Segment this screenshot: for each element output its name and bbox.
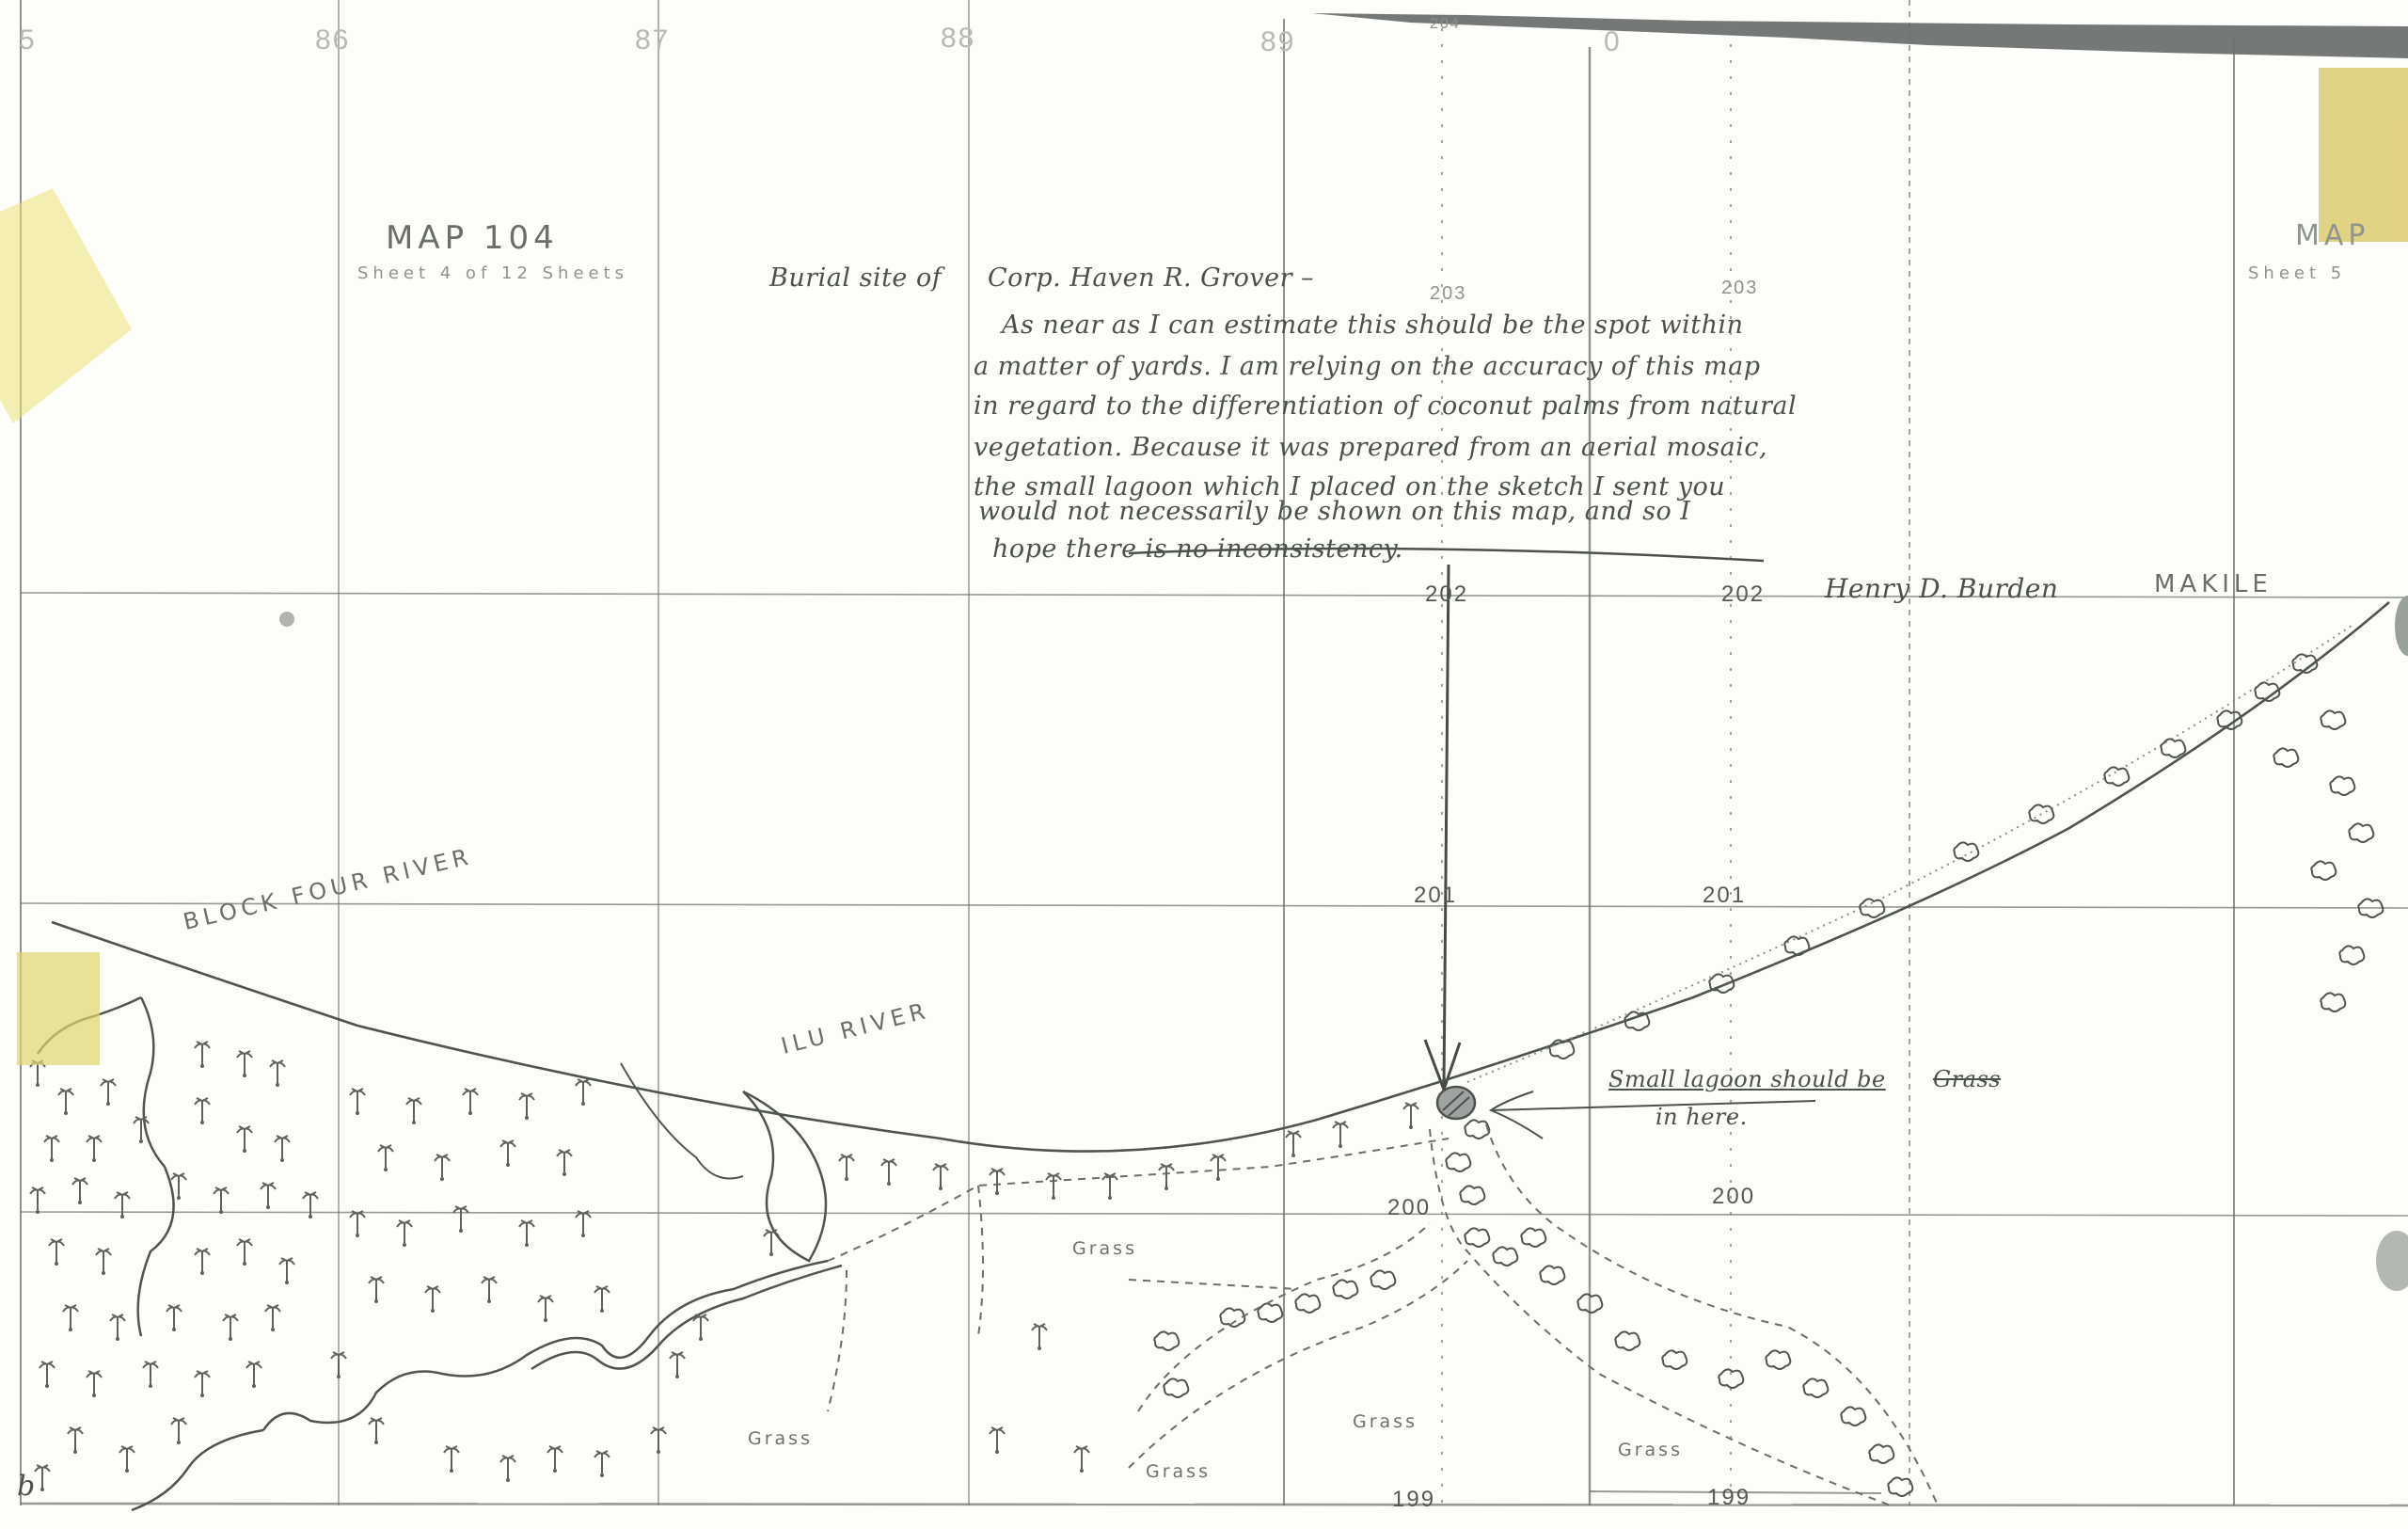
vegetation-boundaries [828,1139,1449,1411]
grid-horizontal-lines [21,593,2408,1505]
grid-label-top: 87 [635,26,670,55]
map-drawing-layer [0,0,2408,1529]
grid-label-203: 203 [1721,279,1758,297]
note-line: a matter of yards. I am relying on the a… [974,354,1760,379]
burial-pointer-arrow [1425,565,1460,1090]
corner-mark: b [17,1473,36,1501]
note-heading-prefix: Burial site of [769,265,942,291]
adjacent-map-title: MAP [2295,222,2370,250]
adjacent-sheet-info: Sheet 5 [2248,265,2346,282]
map-title: MAP 104 [386,222,559,254]
tape-top-right [2319,68,2408,242]
grid-label-203: 203 [1430,284,1466,303]
grid-label-200: 200 [1387,1197,1431,1219]
lagoon-annotation-line2: in here. [1655,1106,1748,1128]
grid-label-199: 199 [1707,1487,1751,1509]
label-makile: MAKILE [2154,572,2273,597]
grid-label-201: 201 [1703,884,1746,907]
scan-blemish [2395,596,2408,656]
note-line: hope there is no inconsistency. [992,536,1403,562]
small-lagoon-marker [1437,1087,1475,1119]
lagoon-annotation-line1: Small lagoon should be [1608,1068,1886,1091]
grid-label-202: 202 [1721,583,1765,606]
grid-label-202: 202 [1425,583,1468,606]
lagoon-annotation-struck: Grass [1933,1068,2001,1091]
grid-vertical-lines [21,0,2234,1505]
note-line: the small lagoon which I placed on the s… [974,474,1725,500]
label-grass: Grass [1146,1463,1211,1481]
scanned-map-sheet: 5 86 87 88 89 204 0 MAP 104 Sheet 4 of 1… [0,0,2408,1529]
map-sheet-info: Sheet 4 of 12 Sheets [357,265,628,282]
grid-label-top: 0 [1604,28,1622,56]
coconut-palm-symbols [30,1042,1418,1491]
label-grass: Grass [748,1430,813,1448]
grid-label-top: 204 [1430,17,1461,32]
note-signature: Henry D. Burden [1825,576,2058,602]
note-line: vegetation. Because it was prepared from… [974,435,1767,460]
note-line: As near as I can estimate this should be… [1002,312,1743,338]
note-heading-name: Corp. Haven R. Grover – [988,265,1314,291]
lagoon-annotation-arrow [1491,1091,1815,1139]
grid-label-top: 88 [941,24,975,53]
label-grass: Grass [1353,1413,1418,1431]
scan-blemish [2376,1231,2408,1291]
tape-bottom-left [17,952,100,1065]
scan-shadow [1312,13,2408,58]
grid-label-top: 5 [19,26,37,55]
grid-label-top: 89 [1260,28,1295,56]
grid-dotted-lines [1442,28,1731,1505]
label-grass: Grass [1618,1441,1683,1459]
note-line: would not necessarily be shown on this m… [978,499,1690,524]
ilu-river [132,1091,842,1510]
grid-label-201: 201 [1414,884,1457,907]
label-grass: Grass [1072,1240,1137,1258]
grid-label-top: 86 [315,26,350,55]
grid-label-199: 199 [1392,1489,1435,1511]
note-line: in regard to the differentiation of coco… [974,393,1797,419]
grid-label-200: 200 [1712,1186,1755,1208]
